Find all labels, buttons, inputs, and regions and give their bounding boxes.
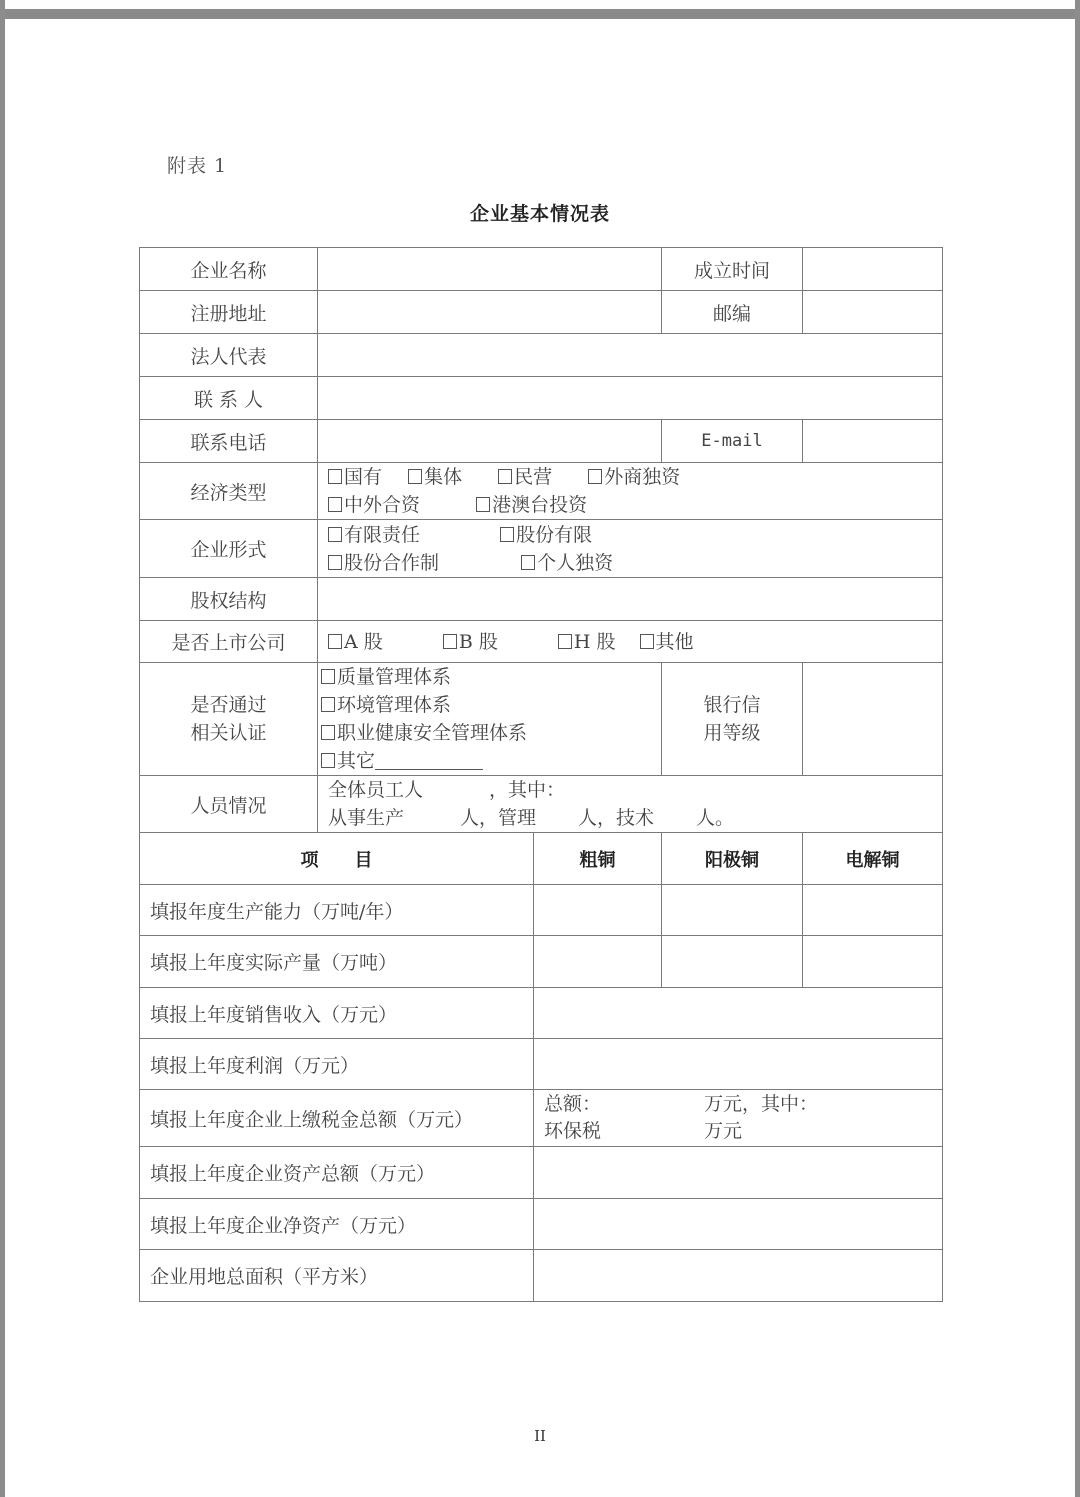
row-label-sales: 填报上年度销售收入（万元） (140, 988, 534, 1039)
table-row: 填报年度生产能力（万吨/年） (140, 885, 943, 936)
checkbox-icon (476, 497, 490, 512)
row-label-capacity: 填报年度生产能力（万吨/年） (140, 885, 534, 936)
checkbox-icon (443, 634, 457, 649)
staff-details: 全体员工人，其中： 从事生产人，管理人，技术人。 (318, 776, 943, 833)
field-output-anode[interactable] (662, 936, 803, 988)
checkbox-other-share[interactable]: 其他 (640, 631, 694, 653)
checkbox-icon (328, 555, 342, 570)
header-cathode-copper: 电解铜 (803, 833, 943, 885)
row-label-tax: 填报上年度企业上缴税金总额（万元） (140, 1090, 534, 1147)
field-sales[interactable] (534, 988, 943, 1039)
checkbox-icon (558, 634, 572, 649)
table-row: 填报上年度利润（万元） (140, 1039, 943, 1090)
company-info-form: 企业名称 成立时间 注册地址 邮编 法人代表 联 系 人 联系电话 E-mail… (139, 247, 943, 833)
field-net-assets[interactable] (534, 1199, 943, 1250)
field-reg-address[interactable] (318, 291, 662, 334)
header-anode-copper: 阳极铜 (662, 833, 803, 885)
other-cert-blank[interactable] (375, 753, 483, 770)
row-label-land-area: 企业用地总面积（平方米） (140, 1250, 534, 1302)
checkbox-icon (321, 669, 335, 684)
label-reg-address: 注册地址 (140, 291, 318, 334)
checkbox-icon (640, 634, 654, 649)
label-econ-type: 经济类型 (140, 463, 318, 520)
checkbox-hk-macao-taiwan[interactable]: 港澳台投资 (476, 494, 587, 516)
checkbox-collective[interactable]: 集体 (408, 466, 462, 488)
label-equity: 股权结构 (140, 578, 318, 621)
row-company-form: 企业形式 有限责任 股份有限 股份合作制 个人独资 (140, 520, 943, 578)
checkbox-limited-liability[interactable]: 有限责任 (328, 524, 420, 546)
field-land-area[interactable] (534, 1250, 943, 1302)
checkbox-icon (328, 469, 342, 484)
listed-options: A 股 B 股 H 股 其他 (318, 621, 943, 663)
field-phone[interactable] (318, 420, 662, 463)
checkbox-ohs-mgmt[interactable]: 职业健康安全管理体系 (321, 719, 661, 747)
checkbox-env-mgmt[interactable]: 环境管理体系 (321, 691, 661, 719)
header-blister-copper: 粗铜 (534, 833, 662, 885)
checkbox-icon (588, 469, 602, 484)
field-bank-credit[interactable] (803, 663, 943, 776)
field-total-assets[interactable] (534, 1147, 943, 1199)
checkbox-private[interactable]: 民营 (498, 466, 552, 488)
row-phone: 联系电话 E-mail (140, 420, 943, 463)
label-legal-rep: 法人代表 (140, 334, 318, 377)
label-founded-date: 成立时间 (662, 248, 803, 291)
row-label-output: 填报上年度实际产量（万吨） (140, 936, 534, 988)
checkbox-icon (328, 527, 342, 542)
field-contact[interactable] (318, 377, 943, 420)
field-email[interactable] (803, 420, 943, 463)
row-company-name: 企业名称 成立时间 (140, 248, 943, 291)
label-certification: 是否通过 相关认证 (140, 663, 318, 776)
field-legal-rep[interactable] (318, 334, 943, 377)
checkbox-icon (321, 697, 335, 712)
row-listed: 是否上市公司 A 股 B 股 H 股 其他 (140, 621, 943, 663)
field-postcode[interactable] (803, 291, 943, 334)
checkbox-quality-mgmt[interactable]: 质量管理体系 (321, 663, 661, 691)
row-label-net-assets: 填报上年度企业净资产（万元） (140, 1199, 534, 1250)
header-row: 项 目 粗铜 阳极铜 电解铜 (140, 833, 943, 885)
checkbox-joint-stock[interactable]: 股份有限 (500, 524, 592, 546)
field-capacity-anode[interactable] (662, 885, 803, 936)
label-staff: 人员情况 (140, 776, 318, 833)
field-company-name[interactable] (318, 248, 662, 291)
field-tax[interactable]: 总额：万元，其中： 环保税万元 (534, 1090, 943, 1147)
checkbox-foreign-owned[interactable]: 外商独资 (588, 466, 680, 488)
tax-total-unit: 万元，其中： (704, 1093, 818, 1115)
env-tax-unit: 万元 (704, 1120, 742, 1142)
viewer-page-separator (0, 9, 1080, 19)
label-contact: 联 系 人 (140, 377, 318, 420)
row-reg-address: 注册地址 邮编 (140, 291, 943, 334)
checkbox-icon (321, 753, 335, 768)
label-company-form: 企业形式 (140, 520, 318, 578)
label-listed: 是否上市公司 (140, 621, 318, 663)
field-capacity-cathode[interactable] (803, 885, 943, 936)
env-tax-label: 环保税 (544, 1118, 704, 1145)
label-phone: 联系电话 (140, 420, 318, 463)
checkbox-h-share[interactable]: H 股 (558, 631, 616, 653)
row-certification: 是否通过 相关认证 质量管理体系 环境管理体系 职业健康安全管理体系 其它 银行… (140, 663, 943, 776)
label-company-name: 企业名称 (140, 248, 318, 291)
checkbox-icon (498, 469, 512, 484)
checkbox-icon (328, 497, 342, 512)
appendix-label: 附表 1 (167, 151, 227, 178)
company-form-options: 有限责任 股份有限 股份合作制 个人独资 (318, 520, 943, 578)
table-row: 填报上年度企业净资产（万元） (140, 1199, 943, 1250)
field-capacity-blister[interactable] (534, 885, 662, 936)
checkbox-sole-proprietorship[interactable]: 个人独资 (521, 552, 613, 574)
table-row: 填报上年度销售收入（万元） (140, 988, 943, 1039)
checkbox-stock-cooperative[interactable]: 股份合作制 (328, 552, 439, 574)
document-title: 企业基本情况表 (0, 199, 1080, 226)
label-postcode: 邮编 (662, 291, 803, 334)
production-finance-table: 项 目 粗铜 阳极铜 电解铜 填报年度生产能力（万吨/年） 填报上年度实际产量（… (139, 832, 943, 1302)
checkbox-icon (500, 527, 514, 542)
header-item: 项 目 (140, 833, 534, 885)
field-output-cathode[interactable] (803, 936, 943, 988)
checkbox-state-owned[interactable]: 国有 (328, 466, 382, 488)
field-founded-date[interactable] (803, 248, 943, 291)
econ-type-options: 国有 集体 民营 外商独资 中外合资 港澳台投资 (318, 463, 943, 520)
row-legal-rep: 法人代表 (140, 334, 943, 377)
row-staff: 人员情况 全体员工人，其中： 从事生产人，管理人，技术人。 (140, 776, 943, 833)
checkbox-icon (321, 725, 335, 740)
viewer-top-margin (0, 0, 1080, 9)
row-label-profit: 填报上年度利润（万元） (140, 1039, 534, 1090)
certification-options: 质量管理体系 环境管理体系 职业健康安全管理体系 其它 (318, 663, 662, 776)
row-contact: 联 系 人 (140, 377, 943, 420)
field-equity[interactable] (318, 578, 943, 621)
table-row: 填报上年度企业资产总额（万元） (140, 1147, 943, 1199)
row-equity: 股权结构 (140, 578, 943, 621)
table-row: 填报上年度企业上缴税金总额（万元） 总额：万元，其中： 环保税万元 (140, 1090, 943, 1147)
label-bank-credit: 银行信 用等级 (662, 663, 803, 776)
checkbox-other-cert[interactable]: 其它 (321, 747, 661, 775)
checkbox-icon (328, 634, 342, 649)
checkbox-icon (521, 555, 535, 570)
tax-total-label: 总额： (544, 1091, 704, 1118)
checkbox-sino-foreign-jv[interactable]: 中外合资 (328, 494, 420, 516)
page-number: II (0, 1427, 1080, 1445)
row-label-total-assets: 填报上年度企业资产总额（万元） (140, 1147, 534, 1199)
field-profit[interactable] (534, 1039, 943, 1090)
field-output-blister[interactable] (534, 936, 662, 988)
checkbox-a-share[interactable]: A 股 (328, 631, 383, 653)
table-row: 填报上年度实际产量（万吨） (140, 936, 943, 988)
row-econ-type: 经济类型 国有 集体 民营 外商独资 中外合资 港澳台投资 (140, 463, 943, 520)
checkbox-icon (408, 469, 422, 484)
label-email: E-mail (662, 420, 803, 463)
checkbox-b-share[interactable]: B 股 (443, 631, 498, 653)
table-row: 企业用地总面积（平方米） (140, 1250, 943, 1302)
